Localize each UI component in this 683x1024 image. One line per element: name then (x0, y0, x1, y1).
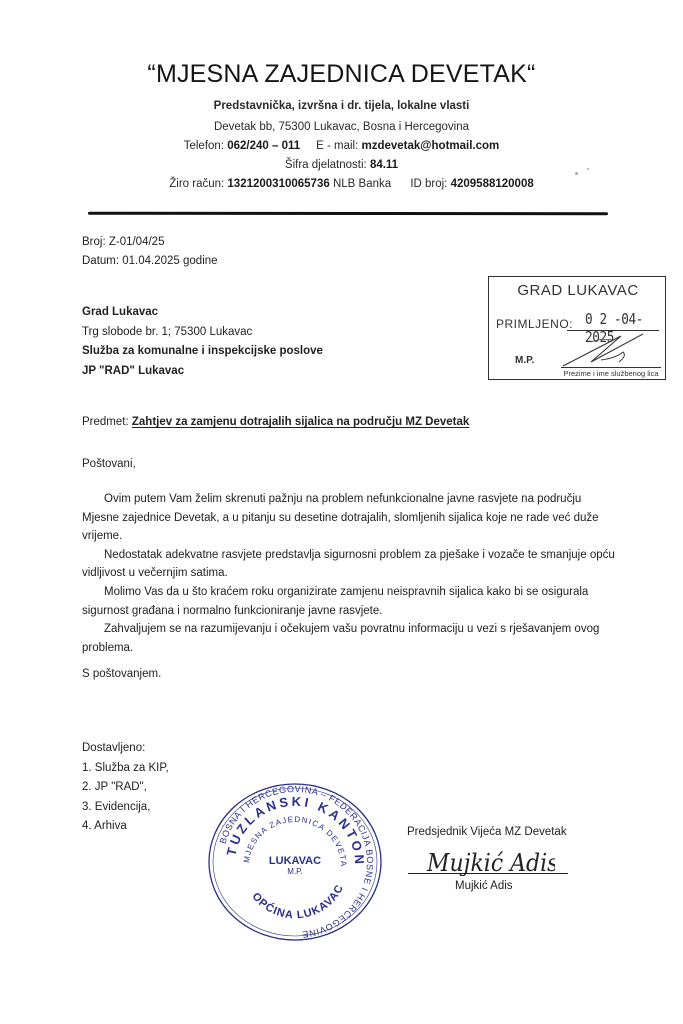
email-address: mzdevetak@hotmail.com (362, 140, 500, 152)
recipient-block: Grad Lukavac Trg slobode br. 1; 75300 Lu… (82, 303, 323, 381)
letterhead-contact: Telefon: 062/240 – 011 E - mail: mzdevet… (0, 140, 683, 152)
id-label: ID broj: (410, 178, 447, 190)
recipient-line: Grad Lukavac (82, 303, 323, 323)
letterhead-address: Devetak bb, 75300 Lukavac, Bosna i Herce… (0, 121, 683, 133)
distribution-item: 2. JP "RAD", (82, 778, 169, 798)
distribution-item: 3. Evidencija, (82, 798, 169, 818)
phone-label: Telefon: (184, 140, 224, 152)
stamp-signature-caption: Prezime i ime službenog lica (561, 367, 661, 378)
phone-number: 062/240 – 011 (227, 140, 300, 152)
recipient-line: Služba za komunalne i inspekcijske poslo… (82, 342, 323, 362)
svg-text:M.P.: M.P. (287, 867, 302, 876)
activity-code: 84.11 (370, 159, 398, 171)
subject-text: Zahtjev za zamjenu dotrajalih sijalica n… (132, 416, 469, 428)
header-divider (88, 212, 608, 215)
distribution-item: 1. Služba za KIP, (82, 759, 169, 779)
subject-label: Predmet: (82, 416, 129, 428)
salutation: Poštovani, (82, 458, 136, 470)
signer-name: Mujkić Adis (455, 880, 513, 892)
signature-line (408, 873, 568, 874)
stamp-signature-icon (561, 332, 651, 368)
official-seal-icon: BOSNA I HERCEGOVINA – FEDERACIJA BOSNE I… (205, 782, 385, 944)
received-stamp: GRAD LUKAVAC PRIMLJENO: 0 2 -04- 2025 M.… (488, 276, 666, 380)
distribution-heading: Dostavljeno: (82, 739, 169, 759)
bank-name: NLB Banka (333, 178, 391, 190)
svg-text:OPĆINA LUKAVAC: OPĆINA LUKAVAC (249, 882, 346, 921)
account-number: 1321200310065736 (227, 178, 329, 190)
distribution-item: 4. Arhiva (82, 817, 169, 837)
account-label: Žiro račun: (169, 178, 224, 190)
distribution-list: Dostavljeno: 1. Služba za KIP, 2. JP "RA… (82, 739, 169, 837)
stamp-date-line (567, 330, 659, 331)
body-paragraph: Zahvaljujem se na razumijevanju i očekuj… (82, 620, 617, 657)
activity-label: Šifra djelatnosti: (285, 159, 367, 171)
stamp-mp: M.P. (515, 355, 534, 366)
body-paragraph: Nedostatak adekvatne rasvjete predstavlj… (82, 546, 617, 583)
letterhead-bank: Žiro račun: 1321200310065736 NLB Banka I… (10, 178, 683, 190)
recipient-line: Trg slobode br. 1; 75300 Lukavac (82, 323, 323, 343)
scan-speck (587, 168, 589, 170)
letter-body: Ovim putem Vam želim skrenuti pažnju na … (82, 490, 617, 657)
document-date: Datum: 01.04.2025 godine (82, 255, 218, 267)
subject-line: Predmet: Zahtjev za zamjenu dotrajalih s… (82, 416, 469, 428)
letterhead-activity: Šifra djelatnosti: 84.11 (0, 159, 683, 171)
svg-text:LUKAVAC: LUKAVAC (269, 855, 321, 867)
scan-speck (575, 172, 578, 175)
letterhead-title: “MJESNA ZAJEDNICA DEVETAK“ (0, 60, 683, 89)
stamp-received-label: PRIMLJENO: (496, 317, 573, 331)
body-paragraph: Molimo Vas da u što kraćem roku organizi… (82, 583, 617, 620)
email-label: E - mail: (316, 140, 358, 152)
document-number: Broj: Z-01/04/25 (82, 236, 164, 248)
id-number: 4209588120008 (451, 178, 534, 190)
body-paragraph: Ovim putem Vam želim skrenuti pažnju na … (82, 490, 617, 546)
stamp-title: GRAD LUKAVAC (489, 282, 667, 299)
recipient-line: JP "RAD" Lukavac (82, 362, 323, 382)
closing: S poštovanjem. (82, 668, 161, 680)
letterhead-subtitle: Predstavnička, izvršna i dr. tijela, lok… (0, 100, 683, 112)
handwritten-signature-icon: Mujkić Adis (425, 836, 555, 876)
